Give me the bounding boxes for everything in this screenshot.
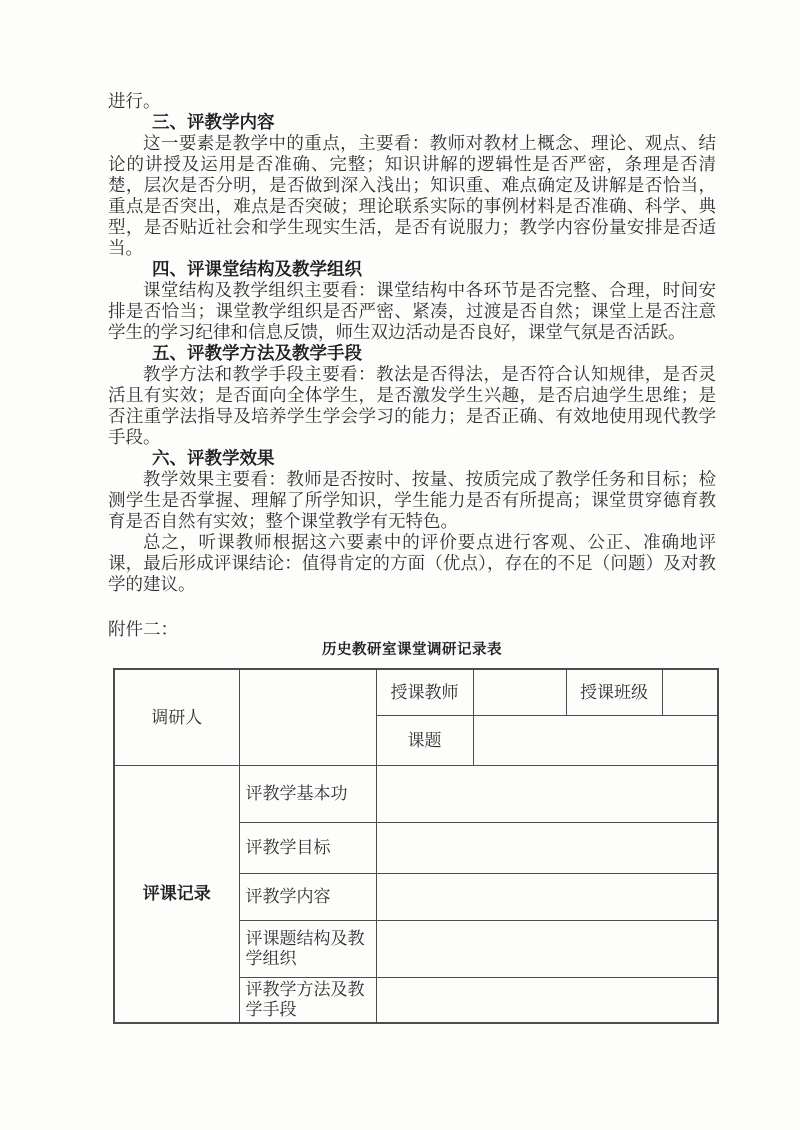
survey-record-table: 调研人 授课教师 授课班级 课题 评课记录 评教学基本功 评教学目标: [113, 668, 719, 1024]
record-row-label-methods: 评教学方法及教学手段: [239, 977, 376, 1023]
record-row-value-goals: [376, 822, 718, 873]
record-row-value-structure: [376, 920, 718, 977]
table-row: 调研人 授课教师 授课班级: [114, 669, 718, 715]
record-row-value-basics: [376, 765, 718, 822]
section-heading-structure: 四、评课堂结构及教学组织: [108, 259, 716, 280]
investigator-label-cell: 调研人: [114, 669, 239, 765]
section-body-effect: 教学效果主要看：教师是否按时、按量、按质完成了教学任务和目标；检测学生是否掌握、…: [108, 469, 716, 532]
record-row-value-content: [376, 873, 718, 920]
document-page: 进行。 三、评教学内容 这一要素是教学中的重点，主要看：教师对教材上概念、理论、…: [108, 91, 716, 1024]
record-row-label-goals: 评教学目标: [239, 822, 376, 873]
record-section-label-cell: 评课记录: [114, 765, 239, 1023]
record-row-label-structure: 评课题结构及教学组织: [239, 920, 376, 977]
section-heading-effect: 六、评教学效果: [108, 448, 716, 469]
investigator-value-cell: [239, 669, 376, 765]
section-body-content: 这一要素是教学中的重点，主要看：教师对教材上概念、理论、观点、结论的讲授及运用是…: [108, 133, 716, 259]
topic-label-cell: 课题: [376, 715, 473, 765]
section-body-methods: 教学方法和教学手段主要看：教法是否得法，是否符合认知规律，是否灵活且有实效；是否…: [108, 364, 716, 448]
record-row-label-basics: 评教学基本功: [239, 765, 376, 822]
record-row-value-methods: [376, 977, 718, 1023]
table-row: 评课记录 评教学基本功: [114, 765, 718, 822]
closing-paragraph: 总之，听课教师根据这六要素中的评价要点进行客观、公正、准确地评课，最后形成评课结…: [108, 532, 716, 595]
section-heading-content: 三、评教学内容: [108, 112, 716, 133]
attachment-label: 附件二：: [108, 619, 716, 640]
table-title: 历史教研室课堂调研记录表: [108, 640, 716, 661]
paragraph-continuation: 进行。: [108, 91, 716, 112]
topic-value-cell: [473, 715, 718, 765]
teacher-label-cell: 授课教师: [376, 669, 473, 715]
class-label-cell: 授课班级: [566, 669, 662, 715]
section-body-structure: 课堂结构及教学组织主要看：课堂结构中各环节是否完整、合理，时间安排是否恰当；课堂…: [108, 280, 716, 343]
class-value-cell: [662, 669, 718, 715]
section-heading-methods: 五、评教学方法及教学手段: [108, 343, 716, 364]
record-row-label-content: 评教学内容: [239, 873, 376, 920]
teacher-value-cell: [473, 669, 566, 715]
